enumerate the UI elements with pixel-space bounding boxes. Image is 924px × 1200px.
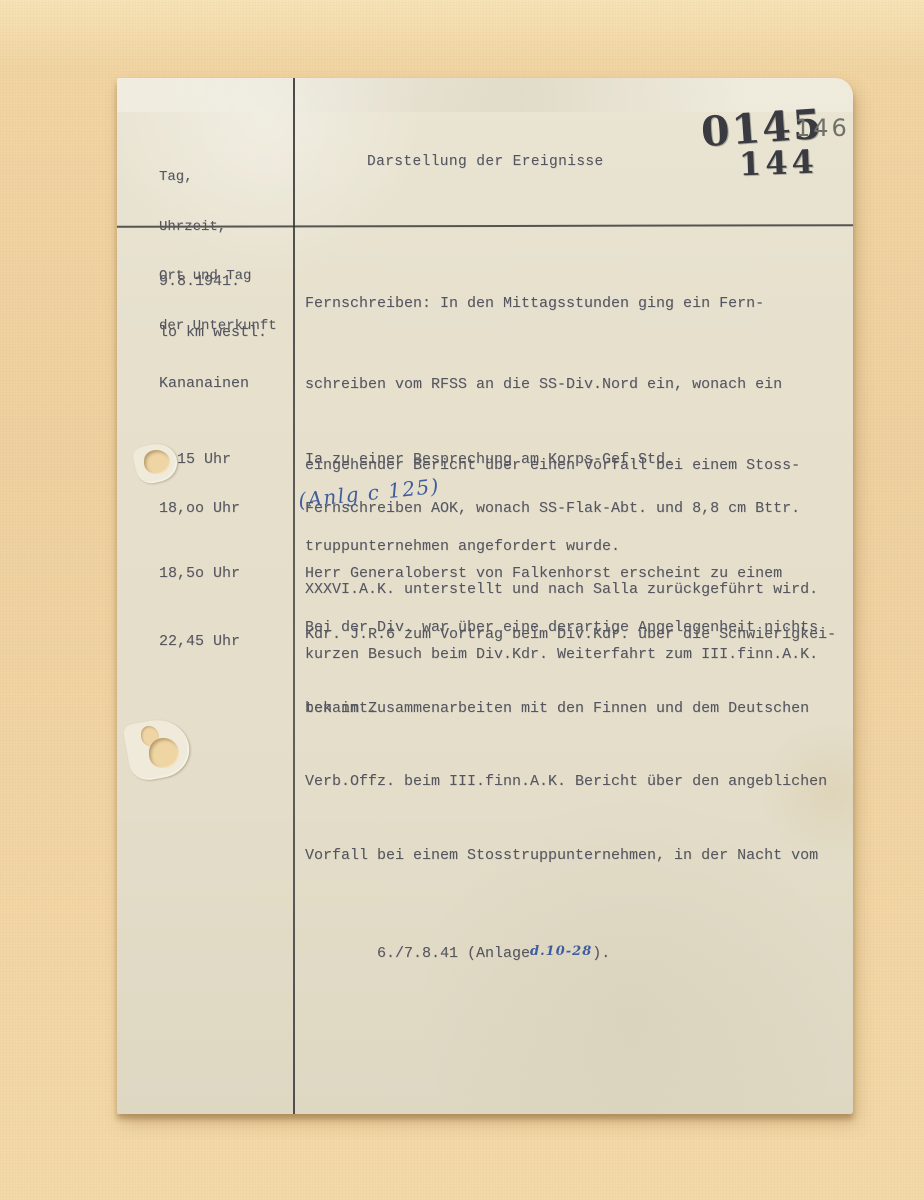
punch-hole-bottom	[127, 720, 189, 778]
entry-time-line: Kananainen	[159, 375, 267, 392]
entry-text-segment: 6./7.8.41 (Anlage	[377, 945, 530, 962]
entry-text-segment: ).	[592, 945, 610, 962]
entry-text: Kdr. J.R.6 zum Vortrag beim Div.Kdr. übe…	[305, 574, 836, 1040]
page-number-stamp-second: 144	[738, 143, 818, 184]
entry-text-line: ten im Zusammenarbeiten mit den Finnen u…	[305, 697, 836, 722]
war-diary-page: Tag, Uhrzeit, Ort und Tag der Unterkunft…	[117, 78, 853, 1114]
handwritten-annotation-inline: d.10-28	[530, 944, 592, 959]
page-number-gray: 146	[795, 114, 850, 142]
entry-time-line: lo km westl.	[159, 324, 267, 341]
desk-background: Tag, Uhrzeit, Ort und Tag der Unterkunft…	[0, 0, 924, 1200]
entry-time: 22,45 Uhr	[159, 574, 240, 709]
entry-text-line: Kdr. J.R.6 zum Vortrag beim Div.Kdr. übe…	[305, 623, 836, 648]
entry-text-line: Vorfall bei einem Stosstruppunternehmen,…	[305, 844, 836, 869]
entry-text-line: Verb.Offz. beim III.finn.A.K. Bericht üb…	[305, 770, 836, 795]
entry-time-line: 9.8.1941.	[159, 273, 267, 290]
entry-time-line: 22,45 Uhr	[159, 628, 240, 655]
punch-hole-top	[135, 444, 177, 482]
column-divider-line	[293, 78, 295, 1114]
entry-text-line: Fernschreiben: In den Mittagsstunden gin…	[305, 290, 818, 317]
header-line: Tag,	[159, 169, 277, 186]
header-right-column-title: Darstellung der Ereignisse	[367, 149, 604, 176]
entry-text-line: 6./7.8.41 (Anlaged.10-28).	[305, 917, 836, 991]
header-line: Uhrzeit,	[159, 219, 277, 236]
punch-hole-opening	[149, 738, 179, 768]
punch-hole-opening	[144, 450, 170, 474]
